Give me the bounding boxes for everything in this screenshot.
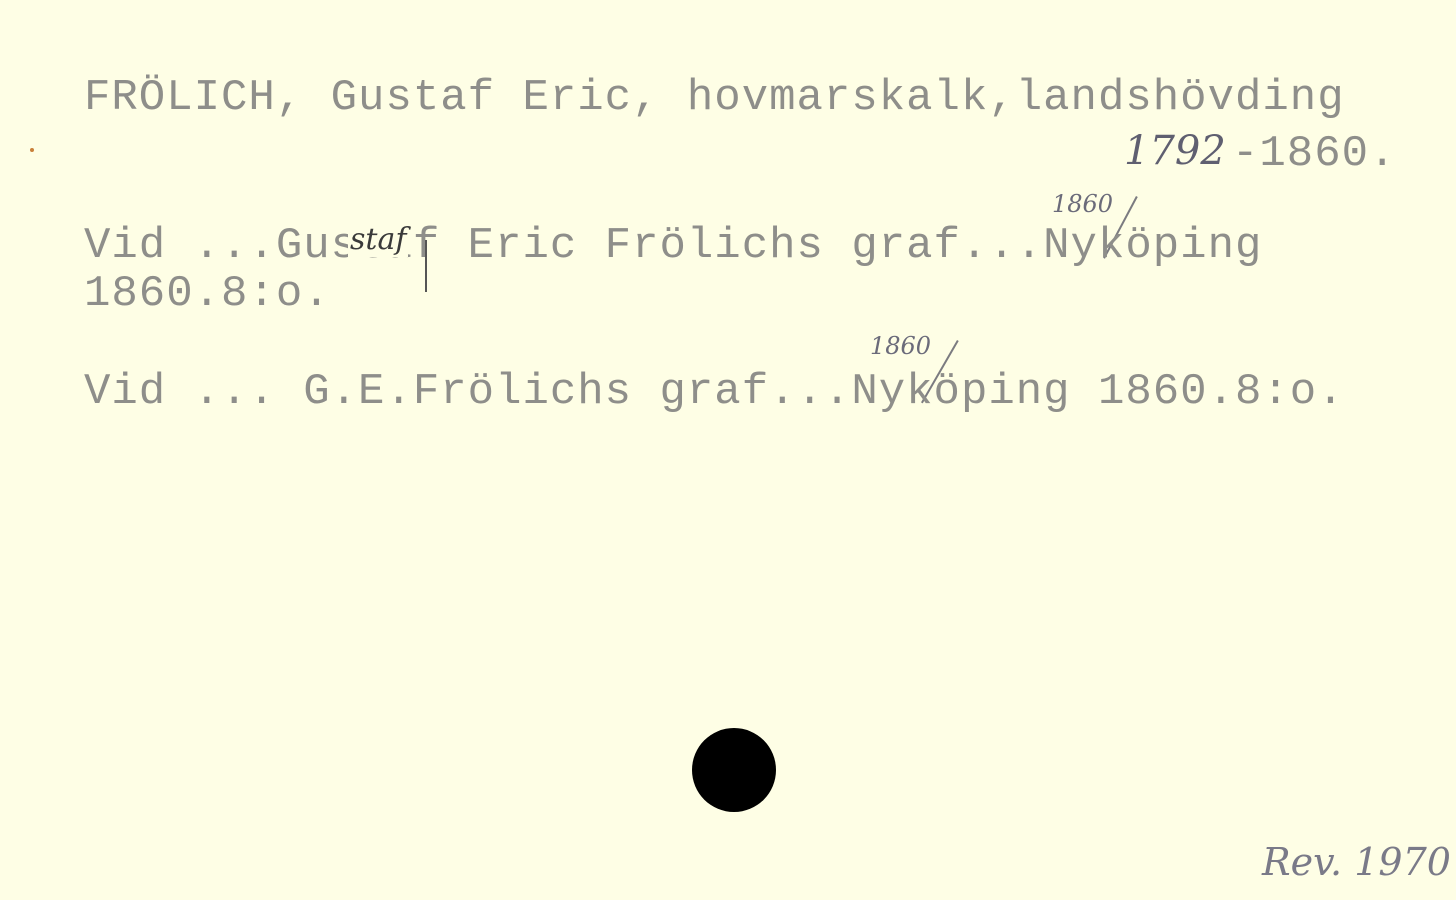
handwritten-date-1: 1860 — [1052, 190, 1113, 218]
entry-2-line-1: Vid ... G.E.Frölichs graf...Nyköping 186… — [84, 370, 1345, 414]
entry-1-line-2: 1860.8:o. — [84, 272, 331, 316]
paper-speck — [30, 148, 34, 152]
death-year: -1860. — [1232, 132, 1396, 176]
handwritten-date-2: 1860 — [870, 332, 931, 360]
revision-note: Rev. 1970 — [1262, 840, 1451, 884]
catalog-card: FRÖLICH, Gustaf Eric, hovmarskalk,landsh… — [0, 0, 1456, 900]
author-heading: FRÖLICH, Gustaf Eric, hovmarskalk,landsh… — [84, 76, 1345, 120]
entry-1-line-1: Vid ...Gustaf Eric Frölichs graf...Nyköp… — [84, 224, 1262, 268]
punch-hole — [692, 728, 776, 812]
correction-stroke — [425, 240, 427, 292]
handwritten-birth-year: 1792 — [1124, 128, 1226, 174]
handwritten-correction: staf — [348, 222, 408, 257]
